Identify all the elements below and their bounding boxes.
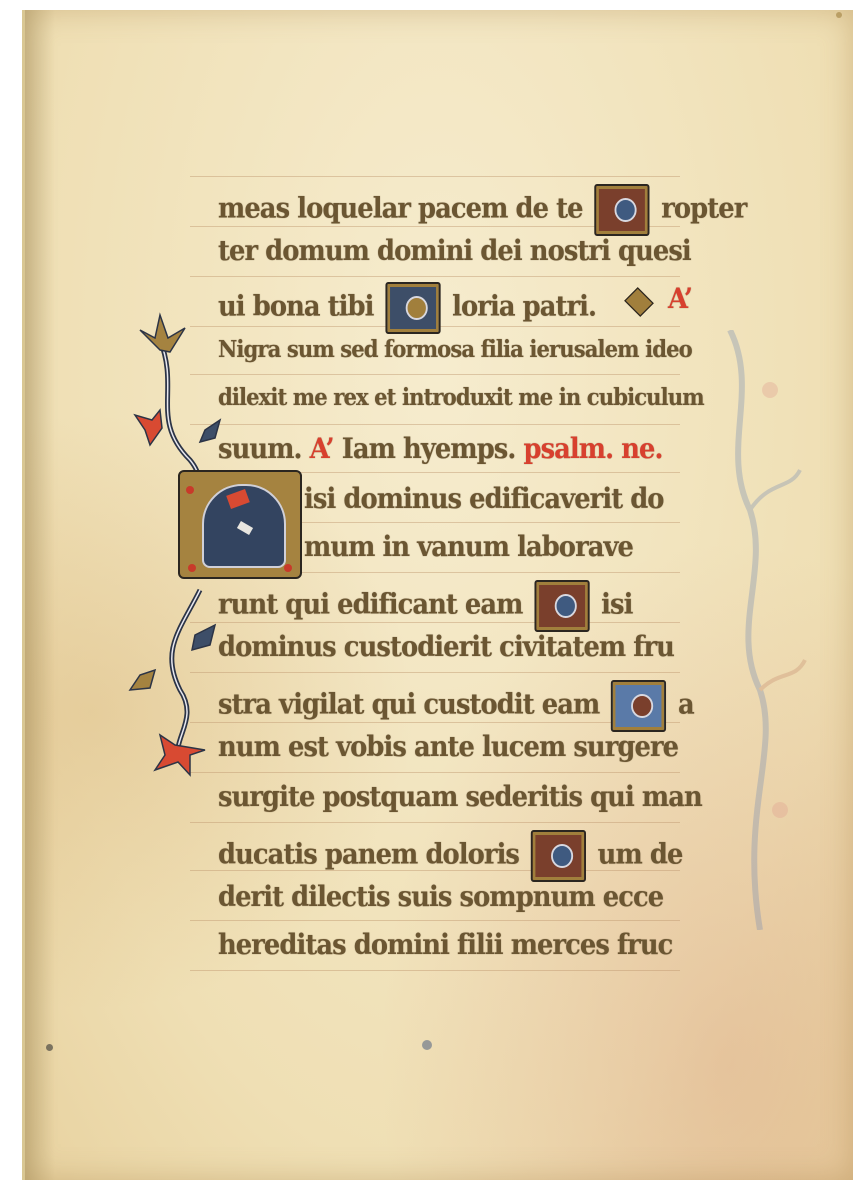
- line-text: hereditas domini filii merces fruc: [218, 928, 672, 961]
- text-line-4: Nigra sum sed formosa filia ierusalem id…: [218, 336, 692, 382]
- initial-red-dot: [188, 564, 196, 572]
- line-text: isi dominus edificaverit do: [304, 482, 664, 515]
- ink-speck: [46, 1044, 53, 1051]
- decorated-initial-p: [594, 184, 649, 236]
- rubric-psalm-heading: psalm. ne.: [523, 432, 662, 465]
- line-text: suum.: [218, 432, 302, 465]
- decorated-initial-n: [534, 580, 589, 632]
- ink-speck: [422, 1040, 432, 1050]
- line-text: runt qui edificant eam: [218, 588, 523, 621]
- line-text: meas loquelar pacem de te: [218, 192, 583, 225]
- text-line-16: hereditas domini filii merces fruc: [218, 928, 672, 974]
- line-text: dominus custodierit civitatem fru: [218, 630, 674, 663]
- line-text: surgite postquam sederitis qui man: [218, 780, 702, 813]
- line-text: ui bona tibi: [218, 290, 374, 323]
- line-text: Iam hyemps.: [342, 432, 516, 465]
- initial-swirl: [551, 844, 573, 868]
- line-text: isi: [601, 588, 632, 621]
- rubric-text: A’: [310, 432, 334, 465]
- text-line-14: ducatis panem doloris um de: [218, 830, 682, 876]
- text-line-8: mum in vanum laborave: [304, 530, 633, 576]
- text-line-12: num est vobis ante lucem surgere: [218, 730, 678, 776]
- decorated-initial-c: [531, 830, 586, 882]
- rubric-text: A’: [668, 282, 692, 315]
- initial-red-dot: [284, 564, 292, 572]
- initial-swirl: [631, 694, 653, 718]
- text-line-7: isi dominus edificaverit do: [304, 482, 664, 528]
- line-text: Nigra sum sed formosa filia ierusalem id…: [218, 336, 692, 363]
- line-text: stra vigilat qui custodit eam: [218, 688, 599, 721]
- line-text: num est vobis ante lucem surgere: [218, 730, 678, 763]
- decorated-initial-g: [385, 282, 440, 334]
- show-through-vine-decoration: [700, 330, 810, 930]
- rubric-antiphon-mark: A’: [668, 282, 692, 328]
- line-text: a: [678, 688, 694, 721]
- line-text: ropter: [661, 192, 746, 225]
- illuminated-initial-n: [178, 470, 302, 579]
- decorated-initial-v: [611, 680, 666, 732]
- line-text: mum in vanum laborave: [304, 530, 633, 563]
- text-line-10: dominus custodierit civitatem fru: [218, 630, 674, 676]
- line-text: ter domum domini dei nostri quesi: [218, 234, 691, 267]
- text-line-9: runt qui edificant eam isi: [218, 580, 633, 626]
- line-text: dilexit me rex et introduxit me in cubic…: [218, 384, 704, 411]
- line-text: derit dilectis suis sompnum ecce: [218, 880, 663, 913]
- text-line-13: surgite postquam sederitis qui man: [218, 780, 702, 826]
- text-line-3: ui bona tibi loria patri.: [218, 282, 596, 328]
- initial-swirl: [405, 296, 427, 320]
- text-line-1: meas loquelar pacem de te ropter: [218, 184, 746, 230]
- text-line-15: derit dilectis suis sompnum ecce: [218, 880, 663, 926]
- text-line-6: suum. A’ Iam hyemps. psalm. ne.: [218, 432, 663, 478]
- ink-speck: [836, 12, 842, 18]
- text-line-5: dilexit me rex et introduxit me in cubic…: [218, 384, 704, 430]
- initial-red-dot: [186, 486, 194, 494]
- text-line-2: ter domum domini dei nostri quesi: [218, 234, 691, 280]
- initial-swirl: [554, 594, 576, 618]
- line-text: ducatis panem doloris: [218, 838, 519, 871]
- line-text: loria patri.: [452, 290, 596, 323]
- initial-swirl: [615, 198, 637, 222]
- line-text: um de: [598, 838, 683, 871]
- text-line-11: stra vigilat qui custodit eam a: [218, 680, 694, 726]
